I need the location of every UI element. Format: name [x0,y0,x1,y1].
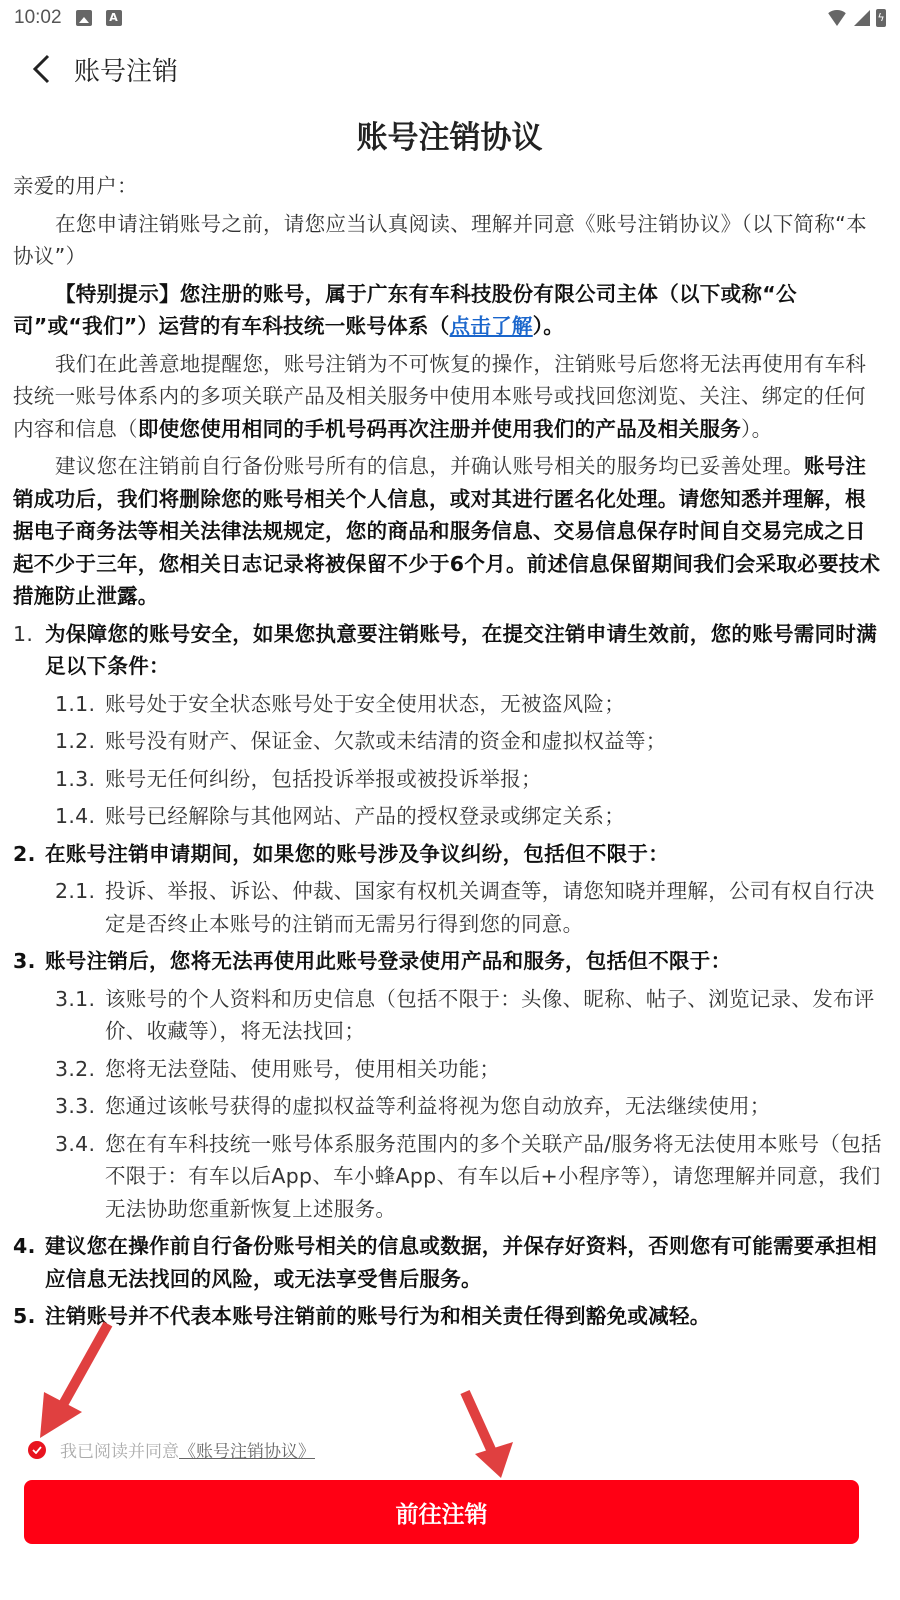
sub-text: 您将无法登陆、使用账号，使用相关功能； [105,1053,886,1086]
greeting: 亲爱的用户： [13,170,886,203]
sub-number: 3.2. [55,1053,105,1086]
sub-number: 2.1. [55,875,105,940]
reminder-bold: 即使您使用相同的手机号码再次注册并使用我们的产品及相关服务 [138,417,741,441]
sub-text: 账号已经解除与其他网站、产品的授权登录或绑定关系； [105,800,886,833]
sub-list-item: 1.1.账号处于安全状态账号处于安全使用状态，无被盗风险； [13,688,886,721]
notice-text: 【特别提示】您注册的账号，属于广东有车科技股份有限公司主体（以下或称“公司”或“… [13,282,797,339]
battery-charging-icon: ϟ [876,9,886,27]
sub-list-item: 2.1.投诉、举报、诉讼、仲裁、国家有权机关调查等，请您知晓并理解，公司有权自行… [13,875,886,940]
back-button[interactable] [22,49,62,89]
backup-text: 建议您在注销前自行备份账号所有的信息，并确认账号相关的服务均已妥善处理。 [55,454,804,478]
system-icons: ϟ [826,9,886,27]
reminder-end: ）。 [741,417,772,441]
sub-text: 账号处于安全状态账号处于安全使用状态，无被盗风险； [105,688,886,721]
photo-icon [76,10,92,26]
learn-more-link[interactable]: 点击了解 [450,314,533,338]
sub-list-item: 1.3.账号无任何纠纷，包括投诉举报或被投诉举报； [13,763,886,796]
list-number: 1. [13,618,45,683]
sub-list-item: 1.4.账号已经解除与其他网站、产品的授权登录或绑定关系； [13,800,886,833]
reminder-paragraph: 我们在此善意地提醒您，账号注销为不可恢复的操作，注销账号后您将无法再使用有车科技… [13,348,886,446]
proceed-deregister-button[interactable]: 前往注销 [24,1480,859,1544]
sub-number: 1.3. [55,763,105,796]
status-bar: 10:02 A ϟ [0,0,900,36]
sub-text: 您通过该帐号获得的虚拟权益等利益将视为您自动放弃，无法继续使用； [105,1090,886,1123]
special-notice: 【特别提示】您注册的账号，属于广东有车科技股份有限公司主体（以下或称“公司”或“… [13,278,886,343]
list-text: 建议您在操作前自行备份账号相关的信息或数据，并保存好资料，否则您有可能需要承担相… [45,1230,886,1295]
list-item: 1. 为保障您的账号安全，如果您执意要注销账号，在提交注销申请生效前，您的账号需… [13,618,886,683]
checkmark-icon [32,1446,42,1454]
sub-number: 3.3. [55,1090,105,1123]
wifi-icon [826,10,848,26]
annotation-arrow-icon [30,1320,120,1440]
document-title: 账号注销协议 [13,110,886,170]
list-text: 注销账号并不代表本账号注销前的账号行为和相关责任得到豁免或减轻。 [45,1300,886,1333]
sub-text: 账号没有财产、保证金、欠款或未结清的资金和虚拟权益等； [105,725,886,758]
list-item: 3. 账号注销后，您将无法再使用此账号登录使用产品和服务，包括但不限于： [13,945,886,978]
sub-list-item: 3.2.您将无法登陆、使用账号，使用相关功能； [13,1053,886,1086]
a-icon: A [106,10,122,26]
agreement-link[interactable]: 《账号注销协议》 [179,1437,315,1462]
list-number: 3. [13,945,45,978]
list-number: 5. [13,1300,45,1333]
backup-paragraph: 建议您在注销前自行备份账号所有的信息，并确认账号相关的服务均已妥善处理。账号注销… [13,450,886,613]
agreement-label: 我已阅读并同意 [60,1437,179,1462]
signal-icon [854,10,870,26]
status-time: 10:02 [14,7,62,29]
app-header: 账号注销 [0,36,900,102]
annotation-arrow-icon [455,1388,525,1480]
intro-paragraph: 在您申请注销账号之前，请您应当认真阅读、理解并同意《账号注销协议》（以下简称“本… [13,208,886,273]
sub-number: 3.4. [55,1128,105,1226]
sub-list-item: 1.2.账号没有财产、保证金、欠款或未结清的资金和虚拟权益等； [13,725,886,758]
list-number: 2. [13,838,45,871]
sub-list-item: 3.1.该账号的个人资料和历史信息（包括不限于：头像、昵称、帖子、浏览记录、发布… [13,983,886,1048]
chevron-left-icon [31,54,53,84]
list-item: 5. 注销账号并不代表本账号注销前的账号行为和相关责任得到豁免或减轻。 [13,1300,886,1333]
list-text: 账号注销后，您将无法再使用此账号登录使用产品和服务，包括但不限于： [45,945,886,978]
sub-text: 该账号的个人资料和历史信息（包括不限于：头像、昵称、帖子、浏览记录、发布评价、收… [105,983,886,1048]
list-number: 4. [13,1230,45,1295]
agreement-row: 我已阅读并同意 《账号注销协议》 [28,1437,315,1462]
list-text: 在账号注销申请期间，如果您的账号涉及争议纠纷，包括但不限于： [45,838,886,871]
agreement-checkbox[interactable] [28,1441,46,1459]
list-text: 为保障您的账号安全，如果您执意要注销账号，在提交注销申请生效前，您的账号需同时满… [45,618,886,683]
page-title: 账号注销 [74,51,178,88]
sub-text: 您在有车科技统一账号体系服务范围内的多个关联产品/服务将无法使用本账号（包括不限… [105,1128,886,1226]
list-item: 4. 建议您在操作前自行备份账号相关的信息或数据，并保存好资料，否则您有可能需要… [13,1230,886,1295]
sub-number: 1.4. [55,800,105,833]
sub-number: 1.2. [55,725,105,758]
notice-end: ）。 [533,314,564,338]
sub-list-item: 3.3.您通过该帐号获得的虚拟权益等利益将视为您自动放弃，无法继续使用； [13,1090,886,1123]
sub-text: 投诉、举报、诉讼、仲裁、国家有权机关调查等，请您知晓并理解，公司有权自行决定是否… [105,875,886,940]
list-item: 2. 在账号注销申请期间，如果您的账号涉及争议纠纷，包括但不限于： [13,838,886,871]
agreement-document[interactable]: 账号注销协议 亲爱的用户： 在您申请注销账号之前，请您应当认真阅读、理解并同意《… [0,110,900,1338]
sub-list-item: 3.4.您在有车科技统一账号体系服务范围内的多个关联产品/服务将无法使用本账号（… [13,1128,886,1226]
sub-text: 账号无任何纠纷，包括投诉举报或被投诉举报； [105,763,886,796]
sub-number: 1.1. [55,688,105,721]
sub-number: 3.1. [55,983,105,1048]
